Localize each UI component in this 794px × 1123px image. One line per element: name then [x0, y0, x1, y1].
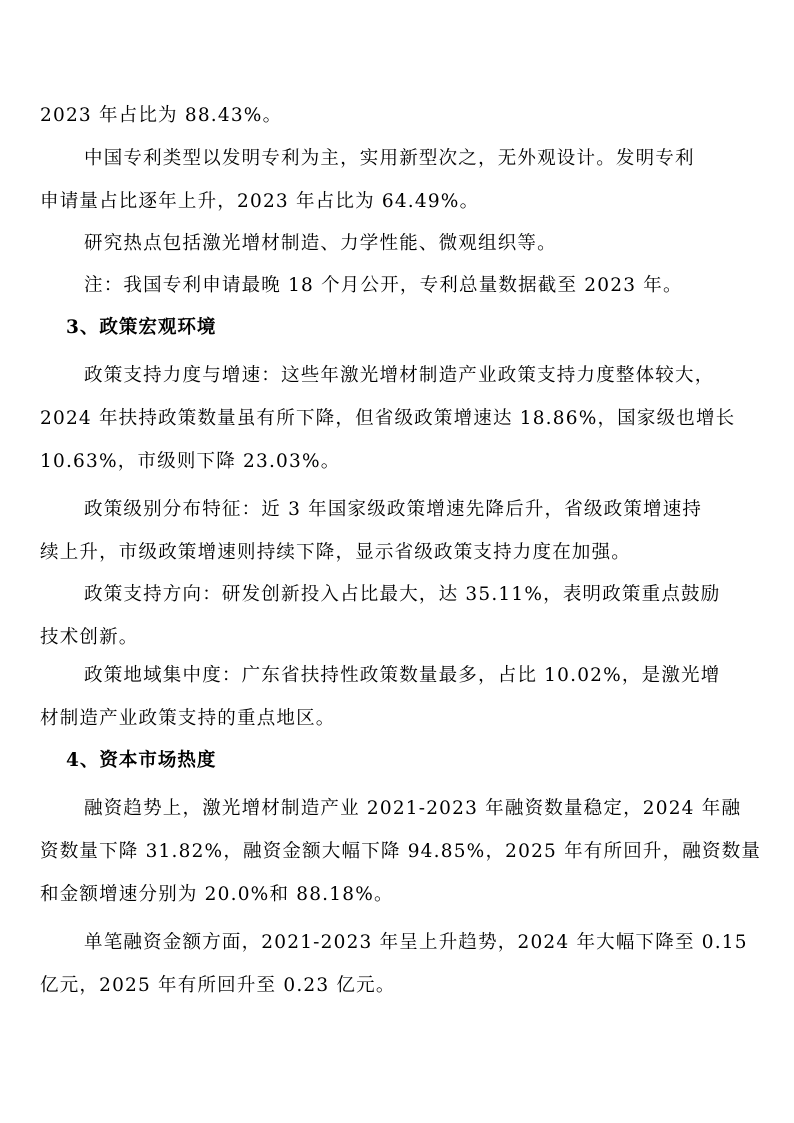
paragraph-line: 政策级别分布特征：近 3 年国家级政策增速先降后升，省级政策增速持 — [84, 498, 760, 522]
paragraph-line: 融资趋势上，激光增材制造产业 2021-2023 年融资数量稳定，2024 年融 — [84, 797, 760, 821]
paragraph-line: 政策支持方向：研发创新投入占比最大，达 35.11%，表明政策重点鼓励 — [84, 583, 760, 607]
paragraph-line: 政策支持力度与增速：这些年激光增材制造产业政策支持力度整体较大， — [84, 364, 760, 388]
text-line: 申请量占比逐年上升，2023 年占比为 64.49%。 — [40, 190, 760, 214]
text-line: 2023 年占比为 88.43%。 — [40, 104, 760, 128]
paragraph-line: 亿元，2025 年有所回升至 0.23 亿元。 — [40, 974, 760, 998]
paragraph-line: 技术创新。 — [40, 626, 760, 650]
paragraph-line: 资数量下降 31.82%，融资金额大幅下降 94.85%，2025 年有所回升，… — [40, 840, 760, 864]
paragraph-line: 2024 年扶持政策数量虽有所下降，但省级政策增速达 18.86%，国家级也增长 — [40, 407, 760, 431]
note-line: 注：我国专利申请最晚 18 个月公开，专利总量数据截至 2023 年。 — [84, 274, 760, 298]
paragraph-line: 和金额增速分别为 20.0%和 88.18%。 — [40, 883, 760, 907]
paragraph-line: 续上升，市级政策增速则持续下降，显示省级政策支持力度在加强。 — [40, 541, 760, 565]
document-page: 2023 年占比为 88.43%。 中国专利类型以发明专利为主，实用新型次之，无… — [0, 0, 794, 1123]
section-heading-policy: 3、政策宏观环境 — [66, 316, 216, 340]
paragraph-line: 单笔融资金额方面，2021-2023 年呈上升趋势，2024 年大幅下降至 0.… — [84, 931, 760, 955]
paragraph-line: 政策地域集中度：广东省扶持性政策数量最多，占比 10.02%，是激光增 — [84, 664, 760, 688]
section-heading-capital-market: 4、资本市场热度 — [66, 749, 216, 773]
paragraph-line: 材制造产业政策支持的重点地区。 — [40, 707, 760, 731]
paragraph-line: 10.63%，市级则下降 23.03%。 — [40, 450, 760, 474]
text-line: 中国专利类型以发明专利为主，实用新型次之，无外观设计。发明专利 — [84, 147, 760, 171]
text-line: 研究热点包括激光增材制造、力学性能、微观组织等。 — [84, 232, 760, 256]
